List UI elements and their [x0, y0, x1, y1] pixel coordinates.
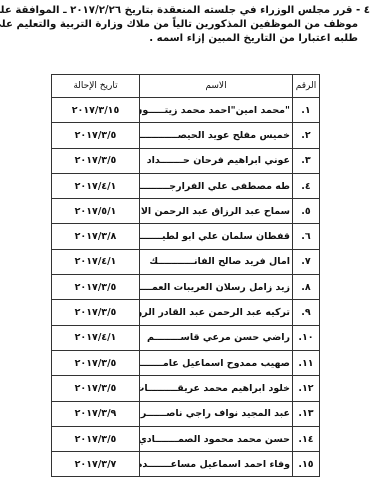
row-number: ١. — [293, 98, 320, 123]
item-marker: ٤ - — [356, 4, 370, 18]
table-row: ٥.سماح عبد الرزاق عبد الرحمن الاغـوات٢٠١… — [52, 199, 320, 224]
row-date: ٢٠١٧/٣/٥ — [52, 123, 140, 148]
row-number: ٩. — [293, 300, 320, 325]
table-row: ١١.صهيب ممدوح اسماعيل عامـــــــر٢٠١٧/٣/… — [52, 350, 320, 375]
row-name: سماح عبد الرزاق عبد الرحمن الاغـوات — [140, 199, 293, 224]
row-name: "محمد امين"احمد محمد زيتـــــون — [140, 98, 293, 123]
row-name: قفطان سلمان علي ابو لطيـــــــف — [140, 224, 293, 249]
table-row: ٨.زيد زامل رسلان العريبات العمــــرو٢٠١٧… — [52, 275, 320, 300]
row-name: حسن محمد محمود الصمـــــــادي — [140, 426, 293, 451]
row-date: ٢٠١٧/٣/١٥ — [52, 98, 140, 123]
row-name: خميس مفلح عويد الحيصـــــــــــــه — [140, 123, 293, 148]
row-name: تركيه عبد الرحمن عبد القادر الرواشـده — [140, 300, 293, 325]
row-number: ٣. — [293, 148, 320, 173]
table-row: ٩.تركيه عبد الرحمن عبد القادر الرواشـده٢… — [52, 300, 320, 325]
row-date: ٢٠١٧/٤/١ — [52, 249, 140, 274]
row-date: ٢٠١٧/٣/٥ — [52, 426, 140, 451]
row-name: راضي حسن مرعي قاســــــــم — [140, 325, 293, 350]
header-date: تاريخ الإحالة — [52, 75, 140, 98]
table-row: ١٥.وفاء احمد اسماعيل مساعـــــــده٢٠١٧/٣… — [52, 452, 320, 477]
table-header-row: الرقم الاسم تاريخ الإحالة — [52, 75, 320, 98]
row-number: ١٣. — [293, 401, 320, 426]
table-row: ٤.طه مصطفى علي الفرارجــــــــــه٢٠١٧/٤/… — [52, 173, 320, 198]
row-date: ٢٠١٧/٣/٥ — [52, 350, 140, 375]
row-number: ٢. — [293, 123, 320, 148]
paragraph-line-3: طلبه اعتبارا من التاريخ المبين إزاء اسمه… — [8, 32, 370, 46]
row-date: ٢٠١٧/٤/١ — [52, 173, 140, 198]
row-name: خلود ابراهيم محمد عريقـــــــــات — [140, 376, 293, 401]
row-name: صهيب ممدوح اسماعيل عامـــــــر — [140, 350, 293, 375]
row-date: ٢٠١٧/٣/٨ — [52, 224, 140, 249]
table-row: ٣.عوني ابراهيم فرحان حـــــــداد٢٠١٧/٣/٥ — [52, 148, 320, 173]
row-number: ١٠. — [293, 325, 320, 350]
table-row: ٦.قفطان سلمان علي ابو لطيـــــــف٢٠١٧/٣/… — [52, 224, 320, 249]
row-date: ٢٠١٧/٣/٥ — [52, 300, 140, 325]
table-row: ١٣.عبد المجيد نواف راجي ناصــــــر٢٠١٧/٣… — [52, 401, 320, 426]
header-name: الاسم — [140, 75, 293, 98]
table-row: ٧.امال فريد صالح الفانـــــــــــك٢٠١٧/٤… — [52, 249, 320, 274]
row-number: ١٤. — [293, 426, 320, 451]
table-row: ١."محمد امين"احمد محمد زيتـــــون٢٠١٧/٣/… — [52, 98, 320, 123]
row-date: ٢٠١٧/٤/١ — [52, 325, 140, 350]
row-name: عبد المجيد نواف راجي ناصــــــر — [140, 401, 293, 426]
table-row: ١٠.راضي حسن مرعي قاســــــــم٢٠١٧/٤/١ — [52, 325, 320, 350]
row-name: امال فريد صالح الفانـــــــــــك — [140, 249, 293, 274]
row-number: ٦. — [293, 224, 320, 249]
retirees-table: الرقم الاسم تاريخ الإحالة ١."محمد امين"ا… — [51, 74, 320, 477]
row-number: ١٢. — [293, 376, 320, 401]
paragraph-line-1: ٤ - قرر مجلس الوزراء في جلسته المنعقدة ب… — [8, 4, 370, 18]
row-date: ٢٠١٧/٣/٥ — [52, 148, 140, 173]
row-number: ١١. — [293, 350, 320, 375]
row-name: عوني ابراهيم فرحان حـــــــداد — [140, 148, 293, 173]
row-date: ٢٠١٧/٣/٥ — [52, 275, 140, 300]
paragraph-line-2: موظف من الموظفين المذكورين تالياً من ملا… — [8, 18, 370, 32]
table-row: ١٤.حسن محمد محمود الصمـــــــادي٢٠١٧/٣/٥ — [52, 426, 320, 451]
row-name: زيد زامل رسلان العريبات العمــــرو — [140, 275, 293, 300]
table-row: ٢.خميس مفلح عويد الحيصـــــــــــــه٢٠١٧… — [52, 123, 320, 148]
row-number: ١٥. — [293, 452, 320, 477]
row-number: ٧. — [293, 249, 320, 274]
header-number: الرقم — [293, 75, 320, 98]
row-date: ٢٠١٧/٣/٧ — [52, 452, 140, 477]
row-number: ٤. — [293, 173, 320, 198]
row-date: ٢٠١٧/٣/٩ — [52, 401, 140, 426]
row-date: ٢٠١٧/٣/٥ — [52, 376, 140, 401]
row-name: طه مصطفى علي الفرارجــــــــــه — [140, 173, 293, 198]
decision-paragraph: ٤ - قرر مجلس الوزراء في جلسته المنعقدة ب… — [8, 4, 370, 46]
table-row: ١٢.خلود ابراهيم محمد عريقـــــــــات٢٠١٧… — [52, 376, 320, 401]
row-number: ٥. — [293, 199, 320, 224]
row-name: وفاء احمد اسماعيل مساعـــــــده — [140, 452, 293, 477]
row-date: ٢٠١٧/٥/١ — [52, 199, 140, 224]
row-number: ٨. — [293, 275, 320, 300]
